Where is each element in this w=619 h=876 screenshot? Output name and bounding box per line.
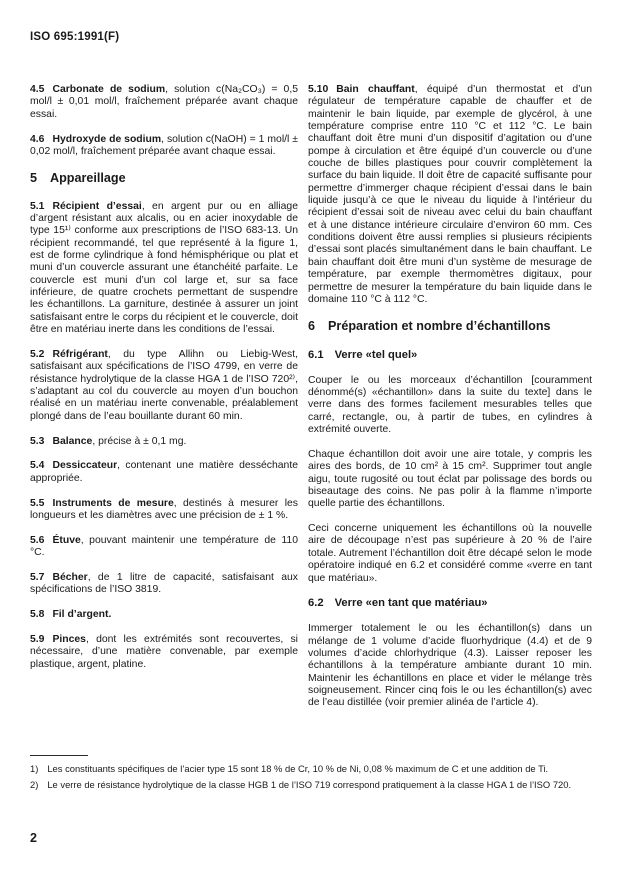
clause-number: 5.4 <box>30 460 44 471</box>
section-6-heading: 6Préparation et nombre d’échantillons <box>308 319 592 333</box>
section-number: 6 <box>308 319 315 333</box>
section-title: Appareillage <box>50 171 126 185</box>
clause-5-4: 5.4Dessiccateur, contenant une matière d… <box>30 460 298 485</box>
clause-4-6: 4.6Hydroxyde de sodium, solution c(NaOH)… <box>30 134 298 159</box>
clause-term: Récipient d’essai <box>52 201 141 212</box>
footnote-1: 1)Les constituants spécifiques de l’acie… <box>30 763 592 774</box>
footnote-separator <box>30 755 88 756</box>
paragraph-6-1-a: Couper le ou les morceaux d’échantillon … <box>308 375 592 437</box>
clause-5-8: 5.8Fil d’argent. <box>30 609 298 621</box>
clause-term: Pinces <box>52 634 86 645</box>
clause-number: 5.6 <box>30 535 44 546</box>
clause-number: 5.10 <box>308 84 328 95</box>
clause-5-2: 5.2Réfrigérant, du type Allihn ou Liebig… <box>30 349 298 423</box>
clause-term: Réfrigérant <box>52 349 107 360</box>
clause-text: , équipé d’un thermostat et d’un régulat… <box>308 84 592 305</box>
clause-term: Hydroxyde de sodium <box>52 134 161 145</box>
paragraph-6-1-c: Ceci concerne uniquement les échantillon… <box>308 523 592 585</box>
clause-number: 5.2 <box>30 349 44 360</box>
clause-5-9: 5.9Pinces, dont les extrémités sont reco… <box>30 634 298 671</box>
document-page: ISO 695:1991(F) 4.5Carbonate de sodium, … <box>0 0 619 876</box>
section-title: Préparation et nombre d’échantillons <box>328 319 551 333</box>
footnote-marker: 1) <box>30 763 38 774</box>
paragraph-6-1-b: Chaque échantillon doit avoir une aire t… <box>308 449 592 511</box>
clause-number: 4.5 <box>30 84 44 95</box>
clause-number: 5.1 <box>30 201 44 212</box>
clause-term: Fil d’argent. <box>52 609 111 620</box>
footnote-marker: 2) <box>30 779 38 790</box>
clause-5-6: 5.6Étuve, pouvant maintenir une températ… <box>30 535 298 560</box>
section-5-heading: 5Appareillage <box>30 171 298 185</box>
footnote-text: Les constituants spécifiques de l’acier … <box>47 763 548 774</box>
clause-5-3: 5.3Balance, précise à ± 0,1 mg. <box>30 436 298 448</box>
paragraph-6-2-a: Immerger totalement le ou les échantillo… <box>308 623 592 709</box>
clause-number: 5.9 <box>30 634 44 645</box>
clause-term: Étuve <box>52 535 80 546</box>
subsection-number: 6.2 <box>308 597 324 609</box>
clause-term: Instruments de mesure <box>52 498 173 509</box>
page-number: 2 <box>30 831 37 845</box>
clause-5-7: 5.7Bécher, de 1 litre de capacité, satis… <box>30 572 298 597</box>
clause-text: , précise à ± 0,1 mg. <box>92 436 186 447</box>
clause-number: 5.7 <box>30 572 44 583</box>
clause-text: , en argent pur ou en alliage d’argent r… <box>30 201 298 335</box>
footnote-2: 2)Le verre de résistance hydrolytique de… <box>30 779 592 790</box>
content-columns: 4.5Carbonate de sodium, solution c(Na₂CO… <box>30 84 592 756</box>
clause-term: Carbonate de sodium <box>52 84 165 95</box>
page-header: ISO 695:1991(F) <box>30 31 119 43</box>
subsection-title: Verre «tel quel» <box>335 349 418 361</box>
clause-5-1: 5.1Récipient d’essai, en argent pur ou e… <box>30 201 298 337</box>
subsection-6-2-heading: 6.2Verre «en tant que matériau» <box>308 597 592 610</box>
column-right: 5.10Bain chauffant, équipé d’un thermost… <box>308 84 592 756</box>
clause-term: Dessiccateur <box>52 460 117 471</box>
clause-number: 5.3 <box>30 436 44 447</box>
subsection-6-1-heading: 6.1Verre «tel quel» <box>308 349 592 362</box>
clause-5-10: 5.10Bain chauffant, équipé d’un thermost… <box>308 84 592 306</box>
clause-number: 4.6 <box>30 134 44 145</box>
subsection-title: Verre «en tant que matériau» <box>335 597 488 609</box>
clause-term: Bécher <box>52 572 87 583</box>
column-left: 4.5Carbonate de sodium, solution c(Na₂CO… <box>30 84 298 756</box>
clause-term: Balance <box>52 436 92 447</box>
clause-5-5: 5.5Instruments de mesure, destinés à mes… <box>30 498 298 523</box>
subsection-number: 6.1 <box>308 349 324 361</box>
footnotes-block: 1)Les constituants spécifiques de l’acie… <box>30 755 592 795</box>
section-number: 5 <box>30 171 37 185</box>
clause-term: Bain chauffant <box>336 84 415 95</box>
footnote-text: Le verre de résistance hydrolytique de l… <box>47 779 571 790</box>
clause-number: 5.8 <box>30 609 44 620</box>
clause-number: 5.5 <box>30 498 44 509</box>
clause-4-5: 4.5Carbonate de sodium, solution c(Na₂CO… <box>30 84 298 121</box>
